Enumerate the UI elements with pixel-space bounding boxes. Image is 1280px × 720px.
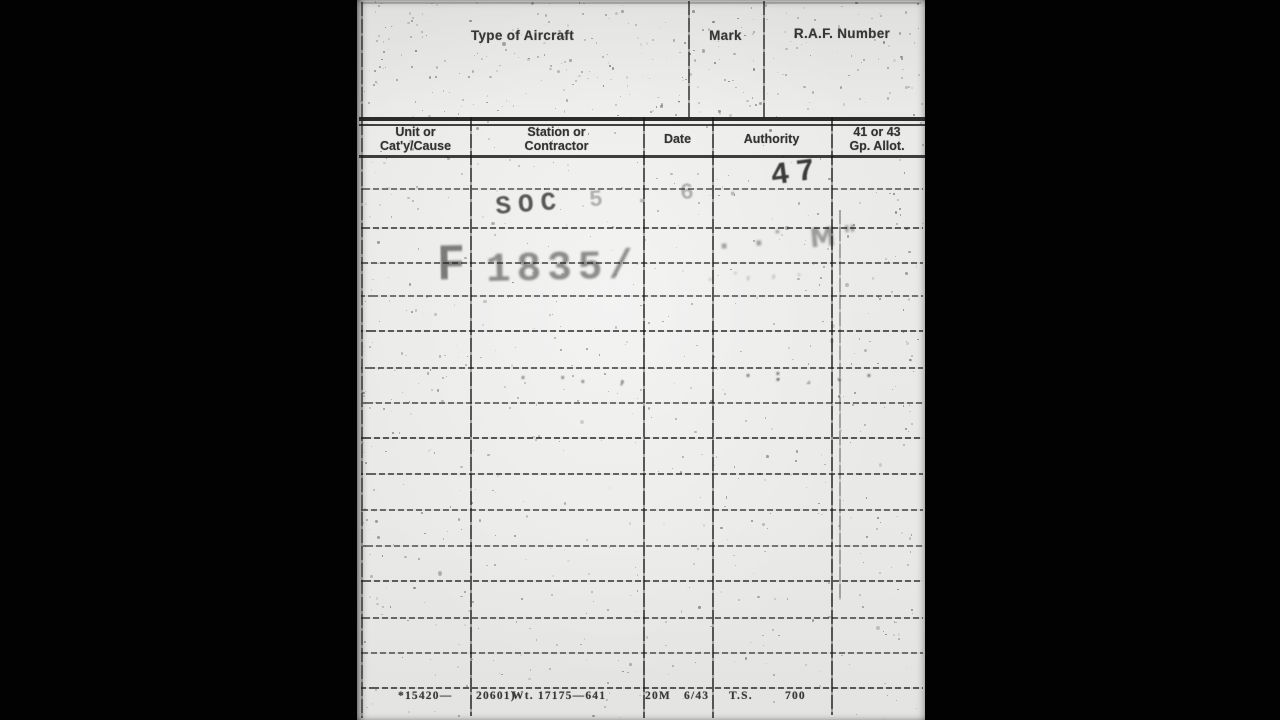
raf-number-label: R.A.F. Number (763, 26, 921, 41)
file-reference-stamp-letter: F (437, 238, 466, 296)
soc-stamp-date-faint: 5 . 6 . (588, 175, 749, 213)
column-header-authority: Authority (712, 121, 831, 156)
imprint-part: T.S. (729, 690, 753, 702)
mark-label: Mark (688, 28, 763, 43)
column-header-gp-allot: 41 or 43 Gp. Allot. (831, 121, 923, 156)
imprint-part: 6/43 (684, 690, 709, 702)
aircraft-record-card-scan: Type of Aircraft Mark R.A.F. Number Unit… (357, 0, 925, 720)
column-header-station-or-contractor: Station or Contractor (470, 121, 643, 156)
file-reference-stamp-number: 1835/ (485, 244, 639, 294)
faint-ink-dots: · ·. , (520, 368, 639, 387)
struck-off-charge-stamp: SOC5 . 6 .47 (494, 163, 824, 224)
column-header-date: Date (643, 121, 712, 156)
column-header-line: Contractor (525, 139, 589, 153)
column-header-line: Date (664, 132, 691, 146)
column-header-line: 41 or 43 (853, 125, 900, 139)
soc-stamp-year: 47 (769, 153, 824, 194)
screen-background: Type of Aircraft Mark R.A.F. Number Unit… (0, 0, 1280, 720)
column-header-line: Unit or (395, 125, 435, 139)
type-of-aircraft-label: Type of Aircraft (357, 28, 688, 43)
faint-ink-dots: · : ¸ . · (745, 366, 881, 385)
imprint-part: 20M (645, 690, 671, 702)
imprint-part: 20601) (476, 690, 516, 702)
imprint-part: Wt. 17175—641 (512, 690, 606, 702)
column-header-line: Station or (527, 125, 585, 139)
printers-imprint: *15420— 20601) Wt. 17175—641 20M 6/43 T.… (357, 690, 925, 708)
column-header-line: Authority (744, 132, 800, 146)
faded-ink-smudge: · ·˙ M" (718, 220, 866, 263)
column-header-line: Gp. Allot. (849, 139, 904, 153)
column-header-unit-or-caty-cause: Unit or Cat'y/Cause (361, 121, 470, 156)
printed-text-layer: Type of Aircraft Mark R.A.F. Number Unit… (357, 0, 925, 720)
column-header-line: Cat'y/Cause (380, 139, 451, 153)
faded-ink-smudge: . ·, , . (707, 259, 810, 285)
imprint-part: 700 (785, 690, 806, 702)
imprint-part: *15420— (398, 690, 452, 702)
soc-stamp-text: SOC (494, 187, 564, 222)
